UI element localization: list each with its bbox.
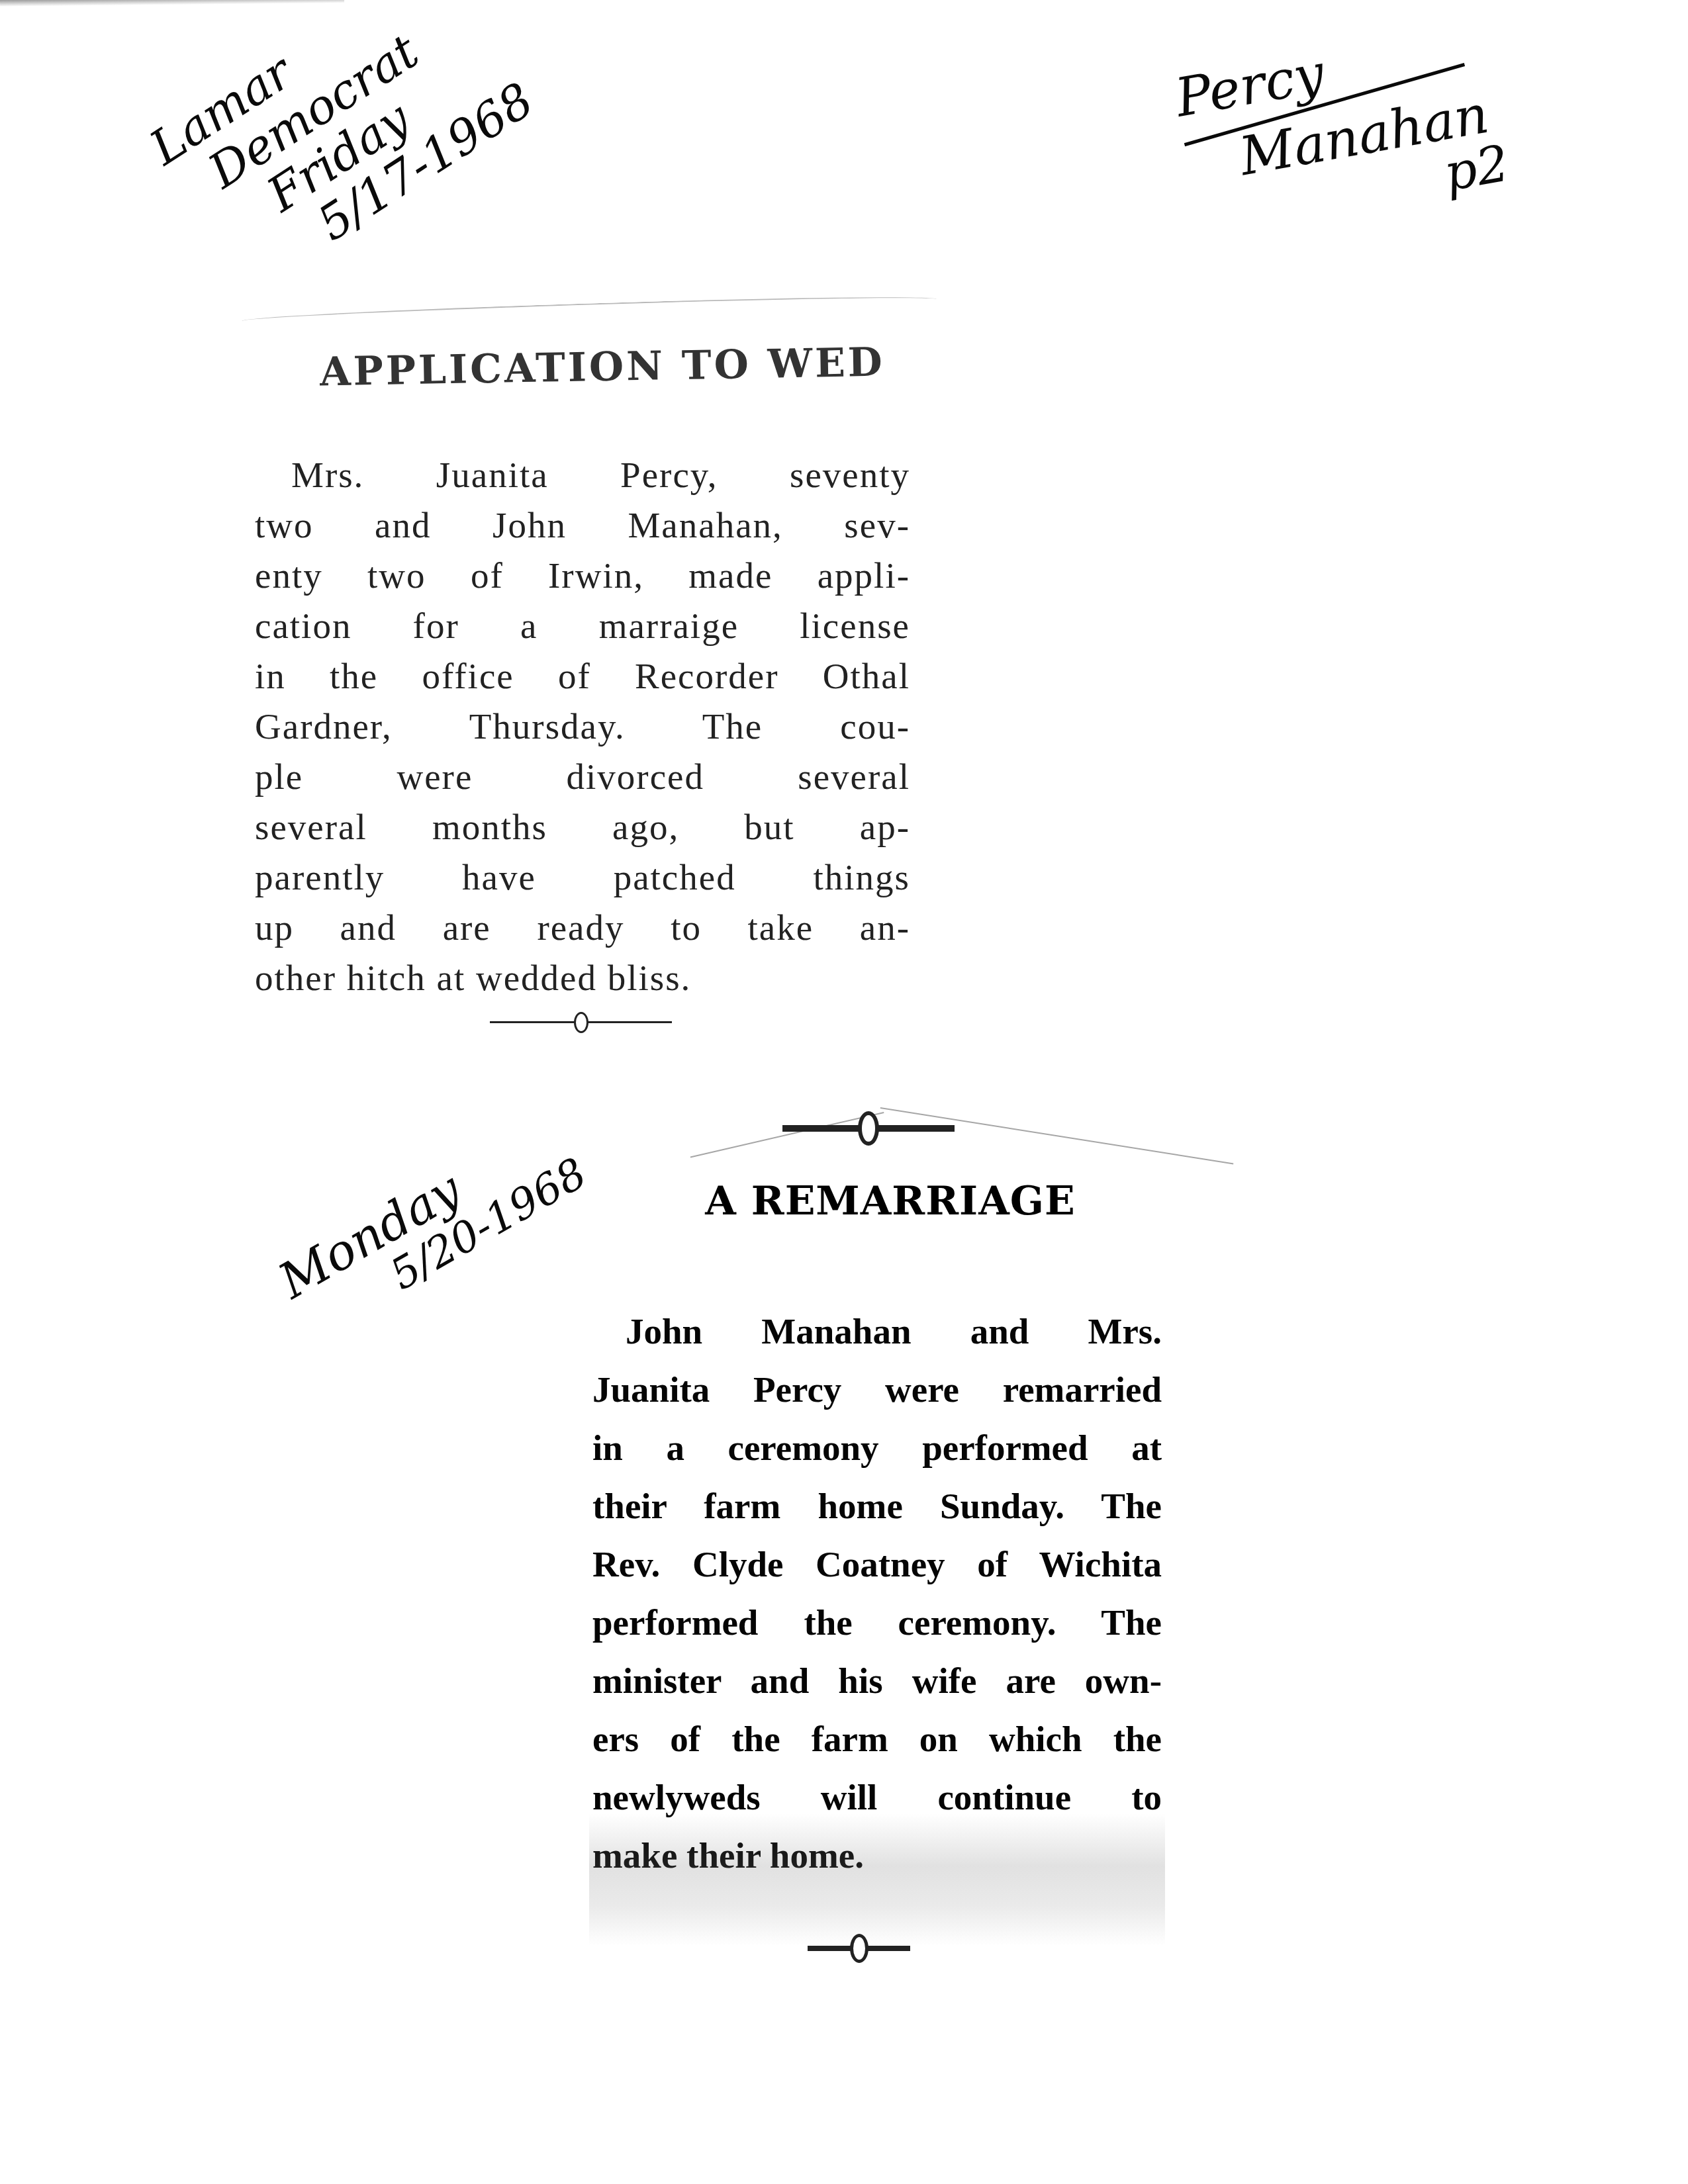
clipping-a-remarriage: A REMARRIAGE John Manahan and Mrs. Juani… [592,1178,1162,1885]
divider-ornament-icon [858,1111,879,1146]
article-line: newlyweds will continue to [592,1768,1162,1827]
article-line: minister and his wife are own- [592,1652,1162,1710]
section-divider [782,1125,955,1132]
article-headline: APPLICATION TO WED [294,339,910,396]
article-line: parently have patched things [255,852,910,903]
handwritten-page-label: Percy Manahan p2 [1172,18,1513,242]
article-line: make their home. [592,1827,1162,1885]
article-line: cation for a marraige license [255,601,910,651]
section-divider [490,1021,672,1023]
handwritten-source-note: Lamar Democrat Friday 5/17-1968 [142,0,543,306]
article-line: Gardner, Thursday. The cou- [255,702,910,752]
clipping-edge [880,1107,1234,1164]
divider-ornament-icon [850,1934,868,1963]
article-line: two and John Manahan, sev- [255,500,910,551]
article-line: other hitch at wedded bliss. [255,953,910,1003]
article-line: performed the ceremony. The [592,1594,1162,1652]
label-page-number: p2 [1440,138,1513,199]
clipping-application-to-wed: APPLICATION TO WED Mrs. Juanita Percy, s… [255,344,910,1003]
divider-ornament-icon [574,1012,588,1033]
article-line: ple were divorced several [255,752,910,802]
scan-edge-shadow [0,0,344,7]
article-line: Juanita Percy were remarried [592,1361,1162,1419]
article-line: several months ago, but ap- [255,802,910,852]
article-line: up and are ready to take an- [255,903,910,953]
article-headline: A REMARRIAGE [619,1178,1162,1224]
article-line: their farm home Sunday. The [592,1477,1162,1535]
article-line: Mrs. Juanita Percy, seventy [255,450,910,500]
article-line: Rev. Clyde Coatney of Wichita [592,1535,1162,1594]
article-line: in the office of Recorder Othal [255,651,910,702]
article-line: ers of the farm on which the [592,1710,1162,1768]
article-line: John Manahan and Mrs. [592,1302,1162,1361]
article-line: in a ceremony performed at [592,1419,1162,1477]
section-divider [808,1946,910,1951]
article-line: enty two of Irwin, made appli- [255,551,910,601]
clipping-edge [690,1112,884,1158]
handwritten-date-note: Monday 5/20-1968 [271,1106,593,1347]
clipping-edge [242,293,937,342]
